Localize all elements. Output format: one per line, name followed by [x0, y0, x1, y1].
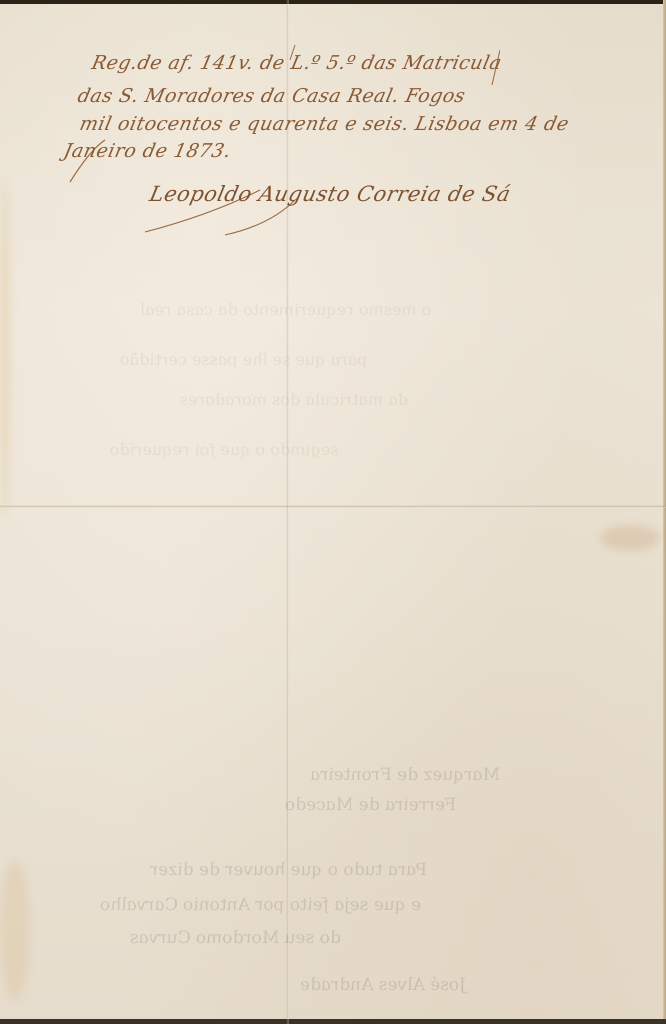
document-page: o mesmo requerimento da casa real para q…: [0, 0, 666, 1024]
paper-stain: [0, 860, 30, 1000]
bleed-through-text: Para tudo o que houver de dizer: [148, 860, 429, 880]
bleed-through-text: o mesmo requerimento da casa real: [138, 300, 433, 319]
bleed-through-text: segundo o que foi requerido: [108, 440, 340, 459]
paper-stain: [600, 525, 660, 551]
bleed-through-text: Ferreira de Macedo: [283, 795, 458, 815]
bleed-through-text: do seu Mordomo Curvas: [128, 928, 343, 948]
scan-bottom-edge: [0, 1019, 666, 1024]
scan-top-edge: [0, 0, 666, 4]
signature: Leopoldo Augusto Correia de Sá: [147, 182, 512, 206]
bleed-through-text: da matricula dos moradores: [178, 390, 410, 409]
handwritten-line: Reg.de af. 141v. de L.º 5.º das Matricul…: [90, 52, 504, 74]
handwritten-line: Janeiro de 1873.: [62, 140, 234, 162]
bleed-through-text: José Alves Andrade: [298, 975, 468, 995]
handwritten-line: das S. Moradores da Casa Real. Fogos: [76, 85, 468, 107]
horizontal-fold-line: [0, 505, 666, 508]
handwritten-line: mil oitocentos e quarenta e seis. Lisboa…: [78, 113, 571, 135]
bleed-through-text: Marquez de Fronteira: [308, 765, 502, 785]
bleed-through-text: e que seja feito por Antonio Carvalho: [98, 895, 423, 915]
bleed-through-text: para que se lhe passe certidão: [118, 350, 369, 369]
paper-stain: [0, 180, 10, 520]
